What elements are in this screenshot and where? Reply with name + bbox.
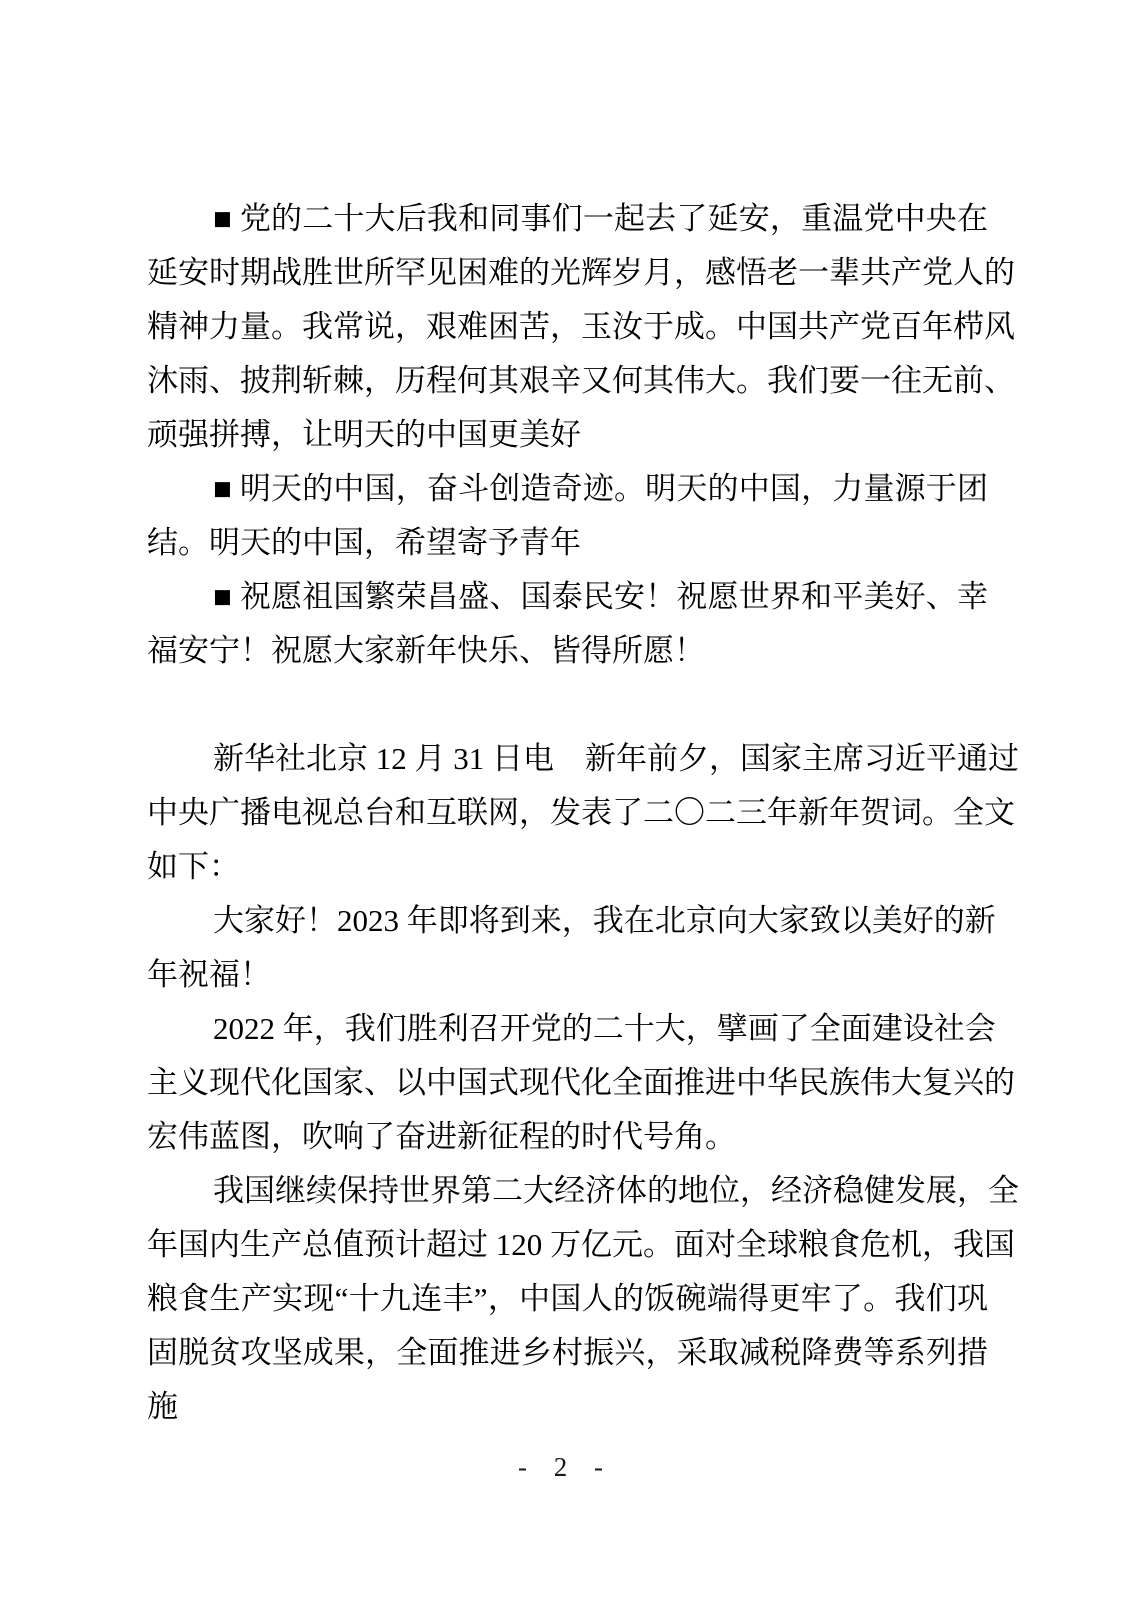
paragraph: 大家好！2023 年即将到来，我在北京向大家致以美好的新年祝福！ — [147, 894, 988, 1002]
paragraph: 我国继续保持世界第二大经济体的地位，经济稳健发展，全年国内生产总值预计超过 12… — [147, 1164, 988, 1434]
text-line: 沐雨、披荆斩棘，历程何其艰辛又何其伟大。我们要一往无前、 — [147, 354, 988, 408]
paragraph: ■ 党的二十大后我和同事们一起去了延安，重温党中央在延安时期战胜世所罕见困难的光… — [147, 192, 988, 462]
paragraph: 新华社北京 12 月 31 日电 新年前夕，国家主席习近平通过中央广播电视总台和… — [147, 732, 988, 894]
text-line: 粮食生产实现“十九连丰”，中国人的饭碗端得更牢了。我们巩 — [147, 1272, 988, 1326]
paragraph-spacer — [147, 678, 988, 732]
page-number: - 2 - — [0, 1452, 1131, 1483]
paragraph: 2022 年，我们胜利召开党的二十大，擘画了全面建设社会主义现代化国家、以中国式… — [147, 1002, 988, 1164]
text-line: ■ 党的二十大后我和同事们一起去了延安，重温党中央在 — [147, 192, 988, 246]
paragraph: ■ 祝愿祖国繁荣昌盛、国泰民安！祝愿世界和平美好、幸福安宁！祝愿大家新年快乐、皆… — [147, 570, 988, 678]
paragraph: ■ 明天的中国，奋斗创造奇迹。明天的中国，力量源于团结。明天的中国，希望寄予青年 — [147, 462, 988, 570]
text-line: 精神力量。我常说，艰难困苦，玉汝于成。中国共产党百年栉风 — [147, 300, 988, 354]
document-body: ■ 党的二十大后我和同事们一起去了延安，重温党中央在延安时期战胜世所罕见困难的光… — [147, 192, 988, 1434]
text-line: 年祝福！ — [147, 948, 988, 1002]
document-page: ■ 党的二十大后我和同事们一起去了延安，重温党中央在延安时期战胜世所罕见困难的光… — [0, 0, 1131, 1600]
text-line: 我国继续保持世界第二大经济体的地位，经济稳健发展，全 — [147, 1164, 988, 1218]
text-line: 年国内生产总值预计超过 120 万亿元。面对全球粮食危机，我国 — [147, 1218, 988, 1272]
text-line: 中央广播电视总台和互联网，发表了二〇二三年新年贺词。全文 — [147, 786, 988, 840]
text-line: 大家好！2023 年即将到来，我在北京向大家致以美好的新 — [147, 894, 988, 948]
text-line: 结。明天的中国，希望寄予青年 — [147, 516, 988, 570]
text-line: 延安时期战胜世所罕见困难的光辉岁月，感悟老一辈共产党人的 — [147, 246, 988, 300]
text-line: 如下： — [147, 840, 988, 894]
text-line: 固脱贫攻坚成果，全面推进乡村振兴，采取减税降费等系列措施 — [147, 1326, 988, 1434]
text-line: ■ 祝愿祖国繁荣昌盛、国泰民安！祝愿世界和平美好、幸 — [147, 570, 988, 624]
text-line: 顽强拼搏，让明天的中国更美好 — [147, 408, 988, 462]
text-line: 2022 年，我们胜利召开党的二十大，擘画了全面建设社会 — [147, 1002, 988, 1056]
text-line: 主义现代化国家、以中国式现代化全面推进中华民族伟大复兴的 — [147, 1056, 988, 1110]
text-line: 宏伟蓝图，吹响了奋进新征程的时代号角。 — [147, 1110, 988, 1164]
text-line: 福安宁！祝愿大家新年快乐、皆得所愿！ — [147, 624, 988, 678]
text-line: ■ 明天的中国，奋斗创造奇迹。明天的中国，力量源于团 — [147, 462, 988, 516]
text-line: 新华社北京 12 月 31 日电 新年前夕，国家主席习近平通过 — [147, 732, 988, 786]
